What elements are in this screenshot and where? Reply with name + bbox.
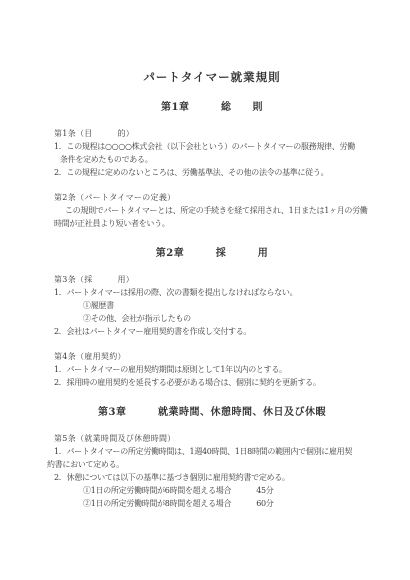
clause-line: 約書において定める。	[47, 458, 370, 471]
clause-line: 2．採用時の雇用契約を延長する必要がある場合は、個別に契約を更新する。	[54, 376, 370, 389]
clause-line: 2．この規程に定めのないところは、労働基準法、その他の法令の基準に従う。	[54, 166, 370, 179]
chapter-1-heading: 第1章 総 則	[54, 101, 370, 115]
break-rule-row: ①1日の所定労働時間が6時間を超える場合45分	[54, 484, 370, 497]
clause-line: 1．パートタイマーの雇用契約期間は原則として1年以内のとする。	[54, 363, 370, 376]
article-4-heading: 第4条（雇用契約）	[54, 350, 370, 363]
article-1-heading: 第1条（目 的）	[54, 127, 370, 140]
break-rule-condition: ①1日の所定労働時間が6時間を超える場合	[83, 486, 231, 495]
document-page: パートタイマー就業規則 第1章 総 則 第1条（目 的） 1．この規程は○○○○…	[0, 0, 410, 580]
clause-line: 時間が正社員より短い者をいう。	[54, 217, 370, 230]
article-2-heading: 第2条（パートタイマーの定義）	[54, 191, 370, 204]
chapter-2-heading: 第2章 採 用	[54, 247, 370, 261]
document-title: パートタイマー就業規則	[54, 70, 370, 84]
break-rule-row: ②1日の所定労働時間が8時間を超える場合60分	[54, 497, 370, 510]
break-rule-minutes: 45分	[256, 486, 273, 495]
break-rule-minutes: 60分	[256, 499, 273, 508]
clause-line: 2．休憩については以下の基準に基づき個別に雇用契約書で定める。	[54, 471, 370, 484]
break-rule-condition: ②1日の所定労働時間が8時間を超える場合	[83, 499, 231, 508]
clause-line: 条件を定めたものである。	[54, 153, 370, 166]
list-item: ②その他、会社が指示したもの	[54, 312, 370, 325]
clause-line: 1．この規程は○○○○株式会社（以下会社という）のパートタイマーの服務規律、労働	[54, 140, 370, 153]
article-5-heading: 第5条（就業時間及び休憩時間）	[54, 432, 370, 445]
clause-line: この規則でパートタイマーとは、所定の手続きを経て採用され、1日または1ヶ月の労働	[54, 204, 370, 217]
clause-line: 1．パートタイマーは採用の際、次の書類を提出しなければならない。	[54, 286, 370, 299]
clause-line: 2．会社はパートタイマー雇用契約書を作成し交付する。	[54, 325, 370, 338]
article-3-heading: 第3条（採 用）	[54, 273, 370, 286]
clause-line: 1．パートタイマーの所定労働時間は、1週40時間、1日8時間の範囲内で個別に雇用…	[54, 445, 370, 458]
list-item: ①履歴書	[54, 299, 370, 312]
chapter-3-heading: 第3章 就業時間、休憩時間、休日及び休暇	[54, 406, 370, 420]
